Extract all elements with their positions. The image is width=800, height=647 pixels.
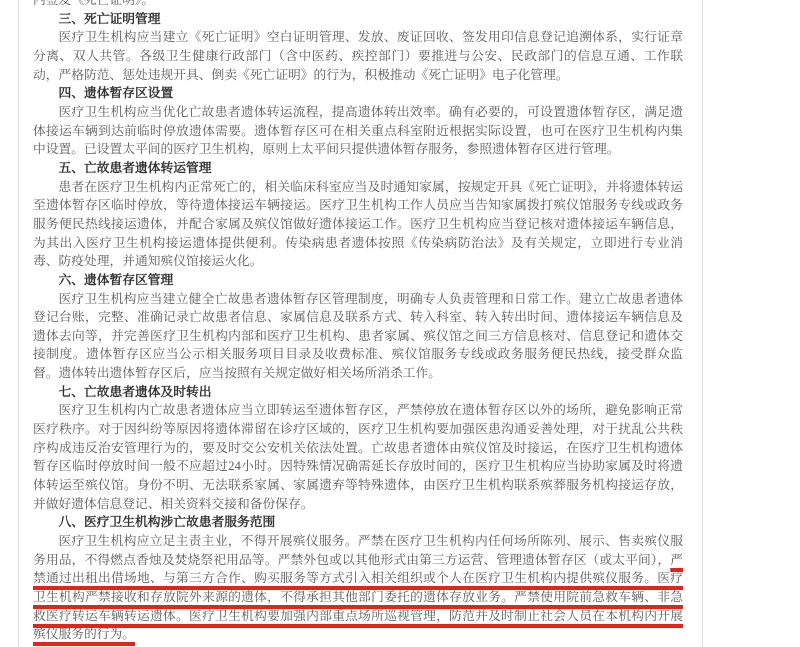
section-heading-3: 三、死亡证明管理: [33, 10, 683, 29]
section-heading-7: 七、亡故患者遗体及时转出: [33, 383, 683, 402]
section-paragraph-3: 医疗卫生机构应当建立《死亡证明》空白证明管理、发放、废证回收、签发用印信息登记追…: [33, 28, 683, 84]
section-paragraph-8: 医疗卫生机构应立足主责主业，不得开展殡仪服务。严禁在医疗卫生机构内任何场所陈列、…: [33, 532, 683, 644]
section-paragraph-6: 医疗卫生机构应当建立健全亡故患者遗体暂存区管理制度，明确专人负责管理和日常工作。…: [33, 290, 683, 383]
section-heading-4: 四、遗体暂存区设置: [33, 84, 683, 103]
section-paragraph-7: 医疗卫生机构内亡故患者遗体应当立即转运至遗体暂存区，严禁停放在遗体暂存区以外的场…: [33, 401, 683, 513]
section-paragraph-4: 医疗卫生机构应当优化亡故患者遗体转运流程，提高遗体转出效率。确有必要的，可设置遗…: [33, 103, 683, 159]
section-heading-6: 六、遗体暂存区管理: [33, 271, 683, 290]
page-border-right: [702, 0, 703, 647]
document-body: 内签发《死亡证明》。 三、死亡证明管理 医疗卫生机构应当建立《死亡证明》空白证明…: [33, 0, 683, 644]
section-paragraph-5: 患者在医疗卫生机构内正常死亡的，相关临床科室应当及时通知家属，按规定开具《死亡证…: [33, 178, 683, 271]
page-border-left: [18, 0, 19, 647]
section-heading-8: 八、医疗卫生机构涉亡故患者服务范围: [33, 513, 683, 532]
section-8-text-plain: 医疗卫生机构应立足主责主业，不得开展殡仪服务。严禁在医疗卫生机构内任何场所陈列、…: [33, 534, 683, 567]
clipped-previous-line: 内签发《死亡证明》。: [33, 0, 683, 10]
section-heading-5: 五、亡故患者遗体转运管理: [33, 159, 683, 178]
